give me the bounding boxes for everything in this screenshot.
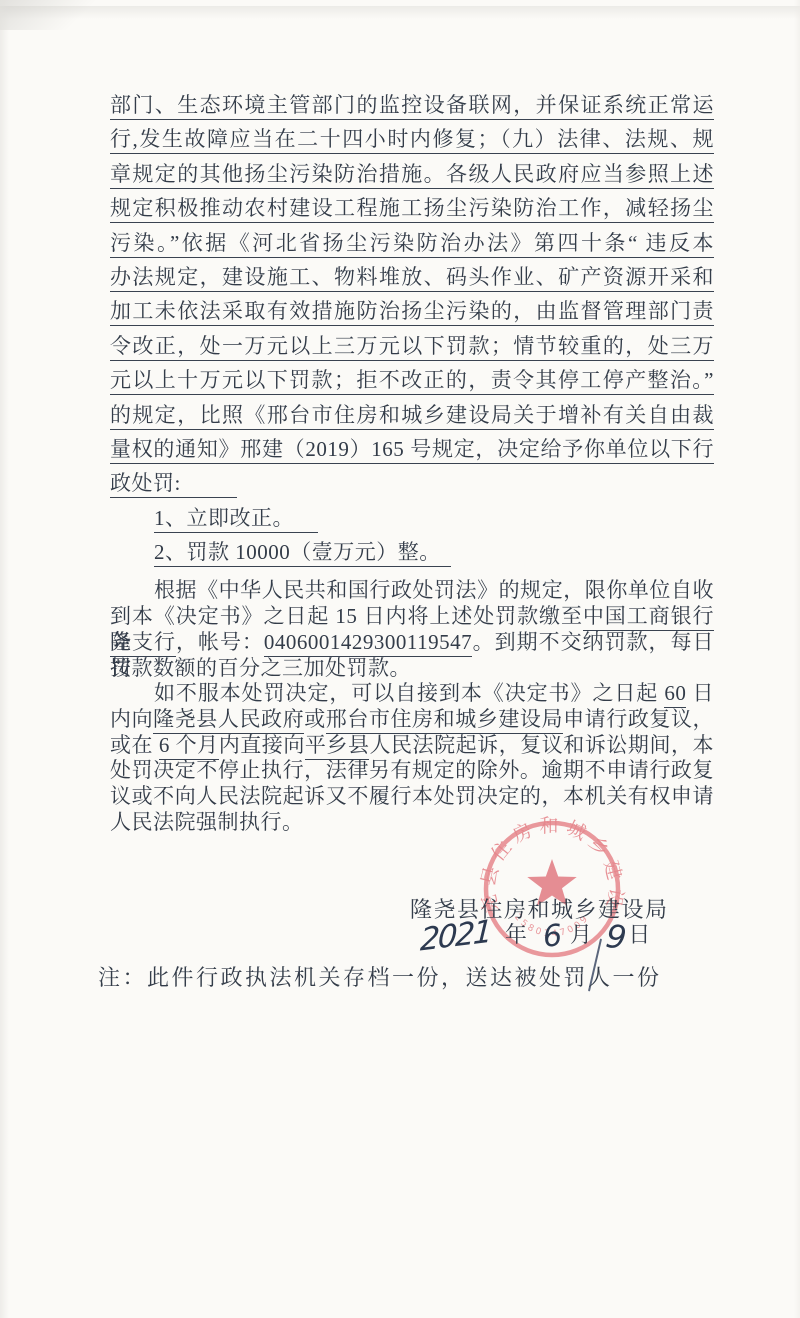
underlined-text: 行,发生故障应当在二十四小时内修复；（九）法律、法规、规 <box>110 127 714 154</box>
doc-line: 处罚决定不停止执行，法律另有规定的除外。逾期不申请行政复 <box>110 758 714 784</box>
underlined-text: 邢台市住房和城乡建设局 <box>326 707 563 734</box>
plain-text: 申请行政复议， <box>563 707 714 731</box>
underlined-text: 0406001429300119547 <box>264 630 472 657</box>
doc-line: 加工未依法采取有效措施防治扬尘污染的，由监督管理部门责 <box>110 294 714 328</box>
underlined-text: 隆尧县人民政府 <box>153 707 304 734</box>
day-label: 日 <box>628 920 650 950</box>
plain-text: 议或不向人民法院起诉又不履行本处罚决定的，本机关有权申请 <box>110 784 714 808</box>
doc-line: 的规定，比照《邢台市住房和城乡建设局关于增补有关自由裁 <box>110 398 714 432</box>
underlined-text: 6 个月 <box>159 733 219 760</box>
underlined-text: 污染。”依据《河北省扬尘污染防治办法》第四十条“ 违反本 <box>110 231 714 258</box>
plain-text: 罚款数额的百分之三加处罚款。 <box>110 656 411 680</box>
plain-text: ，帐号： <box>176 630 264 654</box>
doc-line: 政处罚: <box>110 466 714 500</box>
doc-line: 内向隆尧县人民政府或邢台市住房和城乡建设局申请行政复议， <box>110 707 714 733</box>
underlined-text: 令改正，处一万元以上三万元以下罚款；情节较重的，处三万 <box>110 334 714 361</box>
underlined-text: 章规定的其他扬尘污染防治措施。各级人民政府应当参照上述 <box>110 162 714 189</box>
doc-line: 部门、生态环境主管部门的监控设备联网，并保证系统正常运 <box>110 88 714 122</box>
doc-line: 办法规定，建设施工、物料堆放、码头作业、矿产资源开采和 <box>110 260 714 294</box>
plain-text: 内直接向 <box>219 733 305 757</box>
doc-line: 到本《决定书》之日起 15 日内将上述处罚款缴至中国工商银行隆 <box>110 604 714 630</box>
plain-text: 或 <box>304 707 326 731</box>
plain-text: 内向 <box>110 707 153 731</box>
scan-edge-artifact-right <box>794 0 800 1318</box>
underlined-text: 量权的通知》邢建（2019）165 号规定，决定给予你单位以下行 <box>110 437 714 464</box>
signature-date: 2021 年 6 月 9 日 <box>420 920 650 950</box>
scan-edge-artifact-corner <box>0 0 110 30</box>
plain-text: 人民法院强制执行。 <box>110 810 304 834</box>
doc-line: 令改正，处一万元以上三万元以下罚款；情节较重的，处三万 <box>110 329 714 363</box>
plain-text: 处罚决定不停止执行，法律另有规定的除外。逾期不申请行政复 <box>110 758 714 782</box>
footer-note: 注：此件行政执法机关存档一份，送达被处罚人一份 <box>98 961 662 992</box>
doc-line: 如不服本处罚决定，可以自接到本《决定书》之日起 60 日 <box>110 681 714 707</box>
underlined-text: 加工未依法采取有效措施防治扬尘污染的，由监督管理部门责 <box>110 299 714 326</box>
scanned-document-page: 部门、生态环境主管部门的监控设备联网，并保证系统正常运行,发生故障应当在二十四小… <box>0 0 800 1318</box>
document-body: 部门、生态环境主管部门的监控设备联网，并保证系统正常运行,发生故障应当在二十四小… <box>110 88 714 835</box>
handwritten-year: 2021 <box>420 917 492 954</box>
scan-edge-artifact-top <box>0 6 800 19</box>
underlined-text: 平乡县 <box>305 733 370 760</box>
doc-line: 量权的通知》邢建（2019）165 号规定，决定给予你单位以下行 <box>110 432 714 466</box>
plain-text: 到本《决定书》之日起 15 日内将上述处罚款缴至 <box>110 604 583 628</box>
month-label: 月 <box>570 920 592 950</box>
plain-text: 人民法院起诉，复议和诉讼期间，本 <box>369 733 714 757</box>
underlined-text: 的规定，比照《邢台市住房和城乡建设局关于增补有关自由裁 <box>110 403 714 430</box>
plain-text: 如不服本处罚决定，可以自接到本《决定书》之日起 <box>154 681 664 705</box>
doc-line: 1、立即改正。 <box>110 501 714 535</box>
underlined-text: 尧支行 <box>110 630 176 657</box>
underlined-text: 2、罚款 10000（壹万元）整。 <box>154 540 451 567</box>
doc-line: 章规定的其他扬尘污染防治措施。各级人民政府应当参照上述 <box>110 157 714 191</box>
underlined-text: 部门、生态环境主管部门的监控设备联网，并保证系统正常运 <box>110 93 714 120</box>
underlined-text: 元以上十万元以下罚款；拒不改正的，责令其停工停产整治。” <box>110 368 714 395</box>
doc-line: 元以上十万元以下罚款；拒不改正的，责令其停工停产整治。” <box>110 363 714 397</box>
doc-line: 根据《中华人民共和国行政处罚法》的规定，限你单位自收 <box>110 578 714 604</box>
underlined-text: 规定积极推动农村建设工程施工扬尘污染防治工作，减轻扬尘 <box>110 196 714 223</box>
doc-line: 行,发生故障应当在二十四小时内修复；（九）法律、法规、规 <box>110 122 714 156</box>
doc-line: 议或不向人民法院起诉又不履行本处罚决定的，本机关有权申请 <box>110 784 714 810</box>
doc-line: 2、罚款 10000（壹万元）整。 <box>110 535 714 569</box>
doc-line: 污染。”依据《河北省扬尘污染防治办法》第四十条“ 违反本 <box>110 226 714 260</box>
doc-line: 罚款数额的百分之三加处罚款。 <box>110 656 714 682</box>
handwritten-month: 6 <box>542 923 563 951</box>
doc-line: 规定积极推动农村建设工程施工扬尘污染防治工作，减轻扬尘 <box>110 191 714 225</box>
doc-line: 或在 6 个月内直接向平乡县人民法院起诉，复议和诉讼期间，本 <box>110 733 714 759</box>
year-label: 年 <box>505 920 527 950</box>
scan-edge-artifact-left <box>0 0 9 1318</box>
plain-text: 或在 <box>110 733 159 757</box>
doc-line: 尧支行，帐号：0406001429300119547。到期不交纳罚款，每日按 <box>110 630 714 656</box>
underlined-text: 1、立即改正。 <box>154 506 318 533</box>
plain-text: 日 <box>686 681 714 705</box>
underlined-text: 政处罚: <box>110 471 237 498</box>
handwritten-day: 9 <box>605 923 628 951</box>
plain-text: 根据《中华人民共和国行政处罚法》的规定，限你单位自收 <box>154 578 714 602</box>
underlined-text: 60 <box>664 681 686 708</box>
underlined-text: 办法规定，建设施工、物料堆放、码头作业、矿产资源开采和 <box>110 265 714 292</box>
